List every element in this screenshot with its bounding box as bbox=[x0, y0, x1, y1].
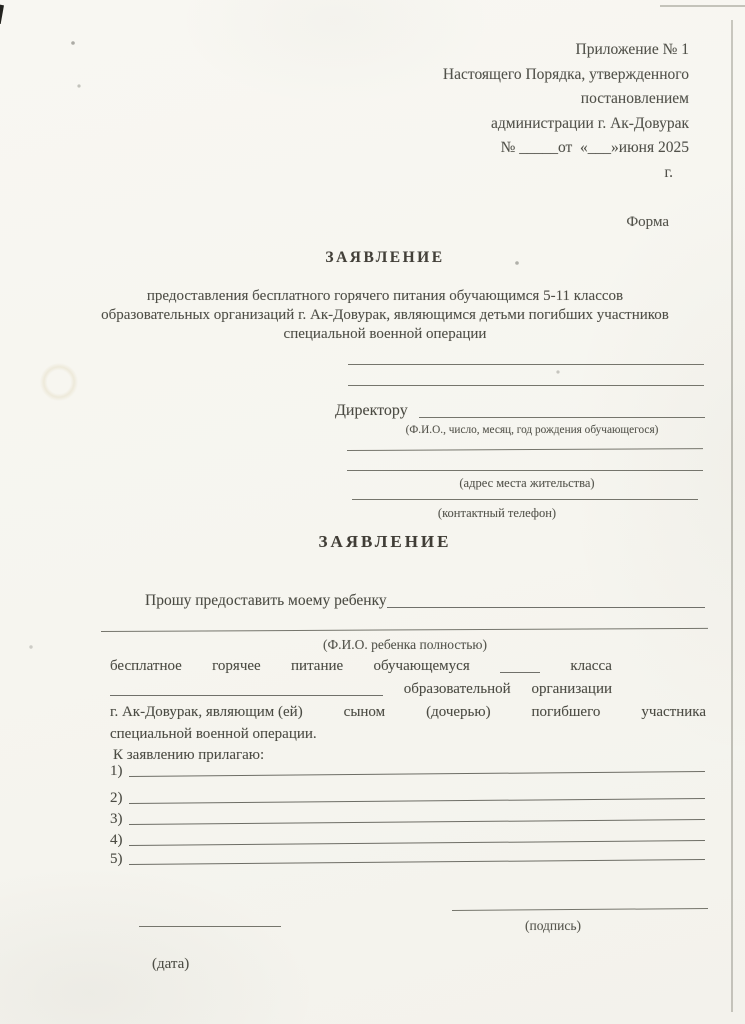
body-word: горячее bbox=[212, 658, 261, 675]
address-blank-line-2 bbox=[347, 470, 703, 471]
organization-name-blank bbox=[110, 681, 383, 696]
attachment-number: 4) bbox=[110, 832, 123, 849]
attachment-blank-line bbox=[128, 806, 704, 825]
form-label: Форма bbox=[626, 214, 669, 231]
date-blank-line bbox=[139, 926, 281, 927]
body-word: участника bbox=[641, 704, 706, 721]
student-fio-caption: (Ф.И.О., число, месяц, год рождения обуч… bbox=[382, 424, 682, 436]
scan-specks bbox=[0, 0, 2, 2]
attachment-number: 2) bbox=[110, 790, 123, 807]
scanned-application-form: Приложение № 1 Настоящего Порядка, утвер… bbox=[0, 0, 745, 1024]
document-subtitle: предоставления бесплатного горячего пита… bbox=[95, 287, 675, 344]
attachment-row-1: 1) bbox=[110, 763, 704, 780]
address-blank-line-1 bbox=[347, 448, 703, 451]
page-edge-line-top bbox=[660, 5, 745, 7]
body-word: класса bbox=[570, 658, 612, 675]
phone-caption: (контактный телефон) bbox=[372, 506, 622, 521]
attachment-number: 3) bbox=[110, 811, 123, 828]
body-word: питание bbox=[291, 658, 343, 675]
phone-blank-line bbox=[352, 499, 698, 500]
body-word: обучающемуся bbox=[374, 658, 470, 675]
document-title: ЗАЯВЛЕНИЕ bbox=[100, 249, 670, 267]
attachment-number: 5) bbox=[110, 851, 123, 868]
body-word: погибшего bbox=[532, 704, 601, 721]
attachment-blank-line bbox=[128, 827, 704, 846]
attachment-row-2: 2) bbox=[110, 790, 704, 807]
attachment-blank-line bbox=[128, 785, 704, 804]
director-blank-line bbox=[419, 417, 705, 418]
header-administration: администрации г. Ак-Довурак bbox=[349, 112, 689, 137]
addressee-blank-line-2 bbox=[348, 385, 704, 386]
addressee-blank-line-1 bbox=[348, 364, 704, 365]
attachment-number: 1) bbox=[110, 763, 123, 780]
attachment-row-3: 3) bbox=[110, 811, 704, 828]
class-number-blank bbox=[500, 658, 540, 673]
header-appendix: Приложение № 1 bbox=[349, 38, 689, 63]
header-resolution: постановлением bbox=[349, 87, 689, 112]
body-line-4: специальной военной операции. bbox=[110, 726, 317, 743]
body-line-2: образовательной организации bbox=[110, 681, 612, 698]
request-line: Прошу предоставить моему ребенку bbox=[145, 592, 705, 610]
signature-caption: (подпись) bbox=[428, 918, 678, 934]
scan-corner-artifact bbox=[0, 5, 4, 24]
request-prefix: Прошу предоставить моему ребенку bbox=[145, 592, 387, 610]
date-caption: (дата) bbox=[152, 956, 189, 973]
header-number-date: № _____от «___»июня 2025 bbox=[349, 136, 689, 161]
director-label: Директору bbox=[335, 402, 408, 420]
header-year-suffix: г. bbox=[349, 161, 689, 186]
body-word: образовательной bbox=[404, 681, 511, 698]
body-line-3: г. Ак-Довурак, являющим (ей) сыном (доче… bbox=[110, 704, 706, 721]
child-name-blank-line-2 bbox=[101, 628, 708, 632]
application-heading: ЗАЯВЛЕНИЕ bbox=[100, 532, 670, 552]
body-word: бесплатное bbox=[110, 658, 182, 675]
document-header-block: Приложение № 1 Настоящего Порядка, утвер… bbox=[349, 38, 689, 185]
scan-smudge bbox=[38, 362, 80, 402]
attachment-row-5: 5) bbox=[110, 851, 704, 868]
child-name-blank bbox=[387, 592, 705, 608]
signature-blank-line bbox=[452, 908, 708, 911]
body-word: сыном bbox=[344, 704, 385, 721]
header-order: Настоящего Порядка, утвержденного bbox=[349, 63, 689, 88]
body-word: г. Ак-Довурак, являющим (ей) bbox=[110, 704, 303, 721]
child-fio-caption: (Ф.И.О. ребенка полностью) bbox=[205, 637, 605, 653]
body-word: организации bbox=[531, 681, 612, 698]
body-word: (дочерью) bbox=[426, 704, 490, 721]
address-caption: (адрес места жительства) bbox=[402, 476, 652, 491]
body-line-1: бесплатное горячее питание обучающемуся … bbox=[110, 658, 612, 675]
page-edge-line-right bbox=[731, 20, 733, 1012]
